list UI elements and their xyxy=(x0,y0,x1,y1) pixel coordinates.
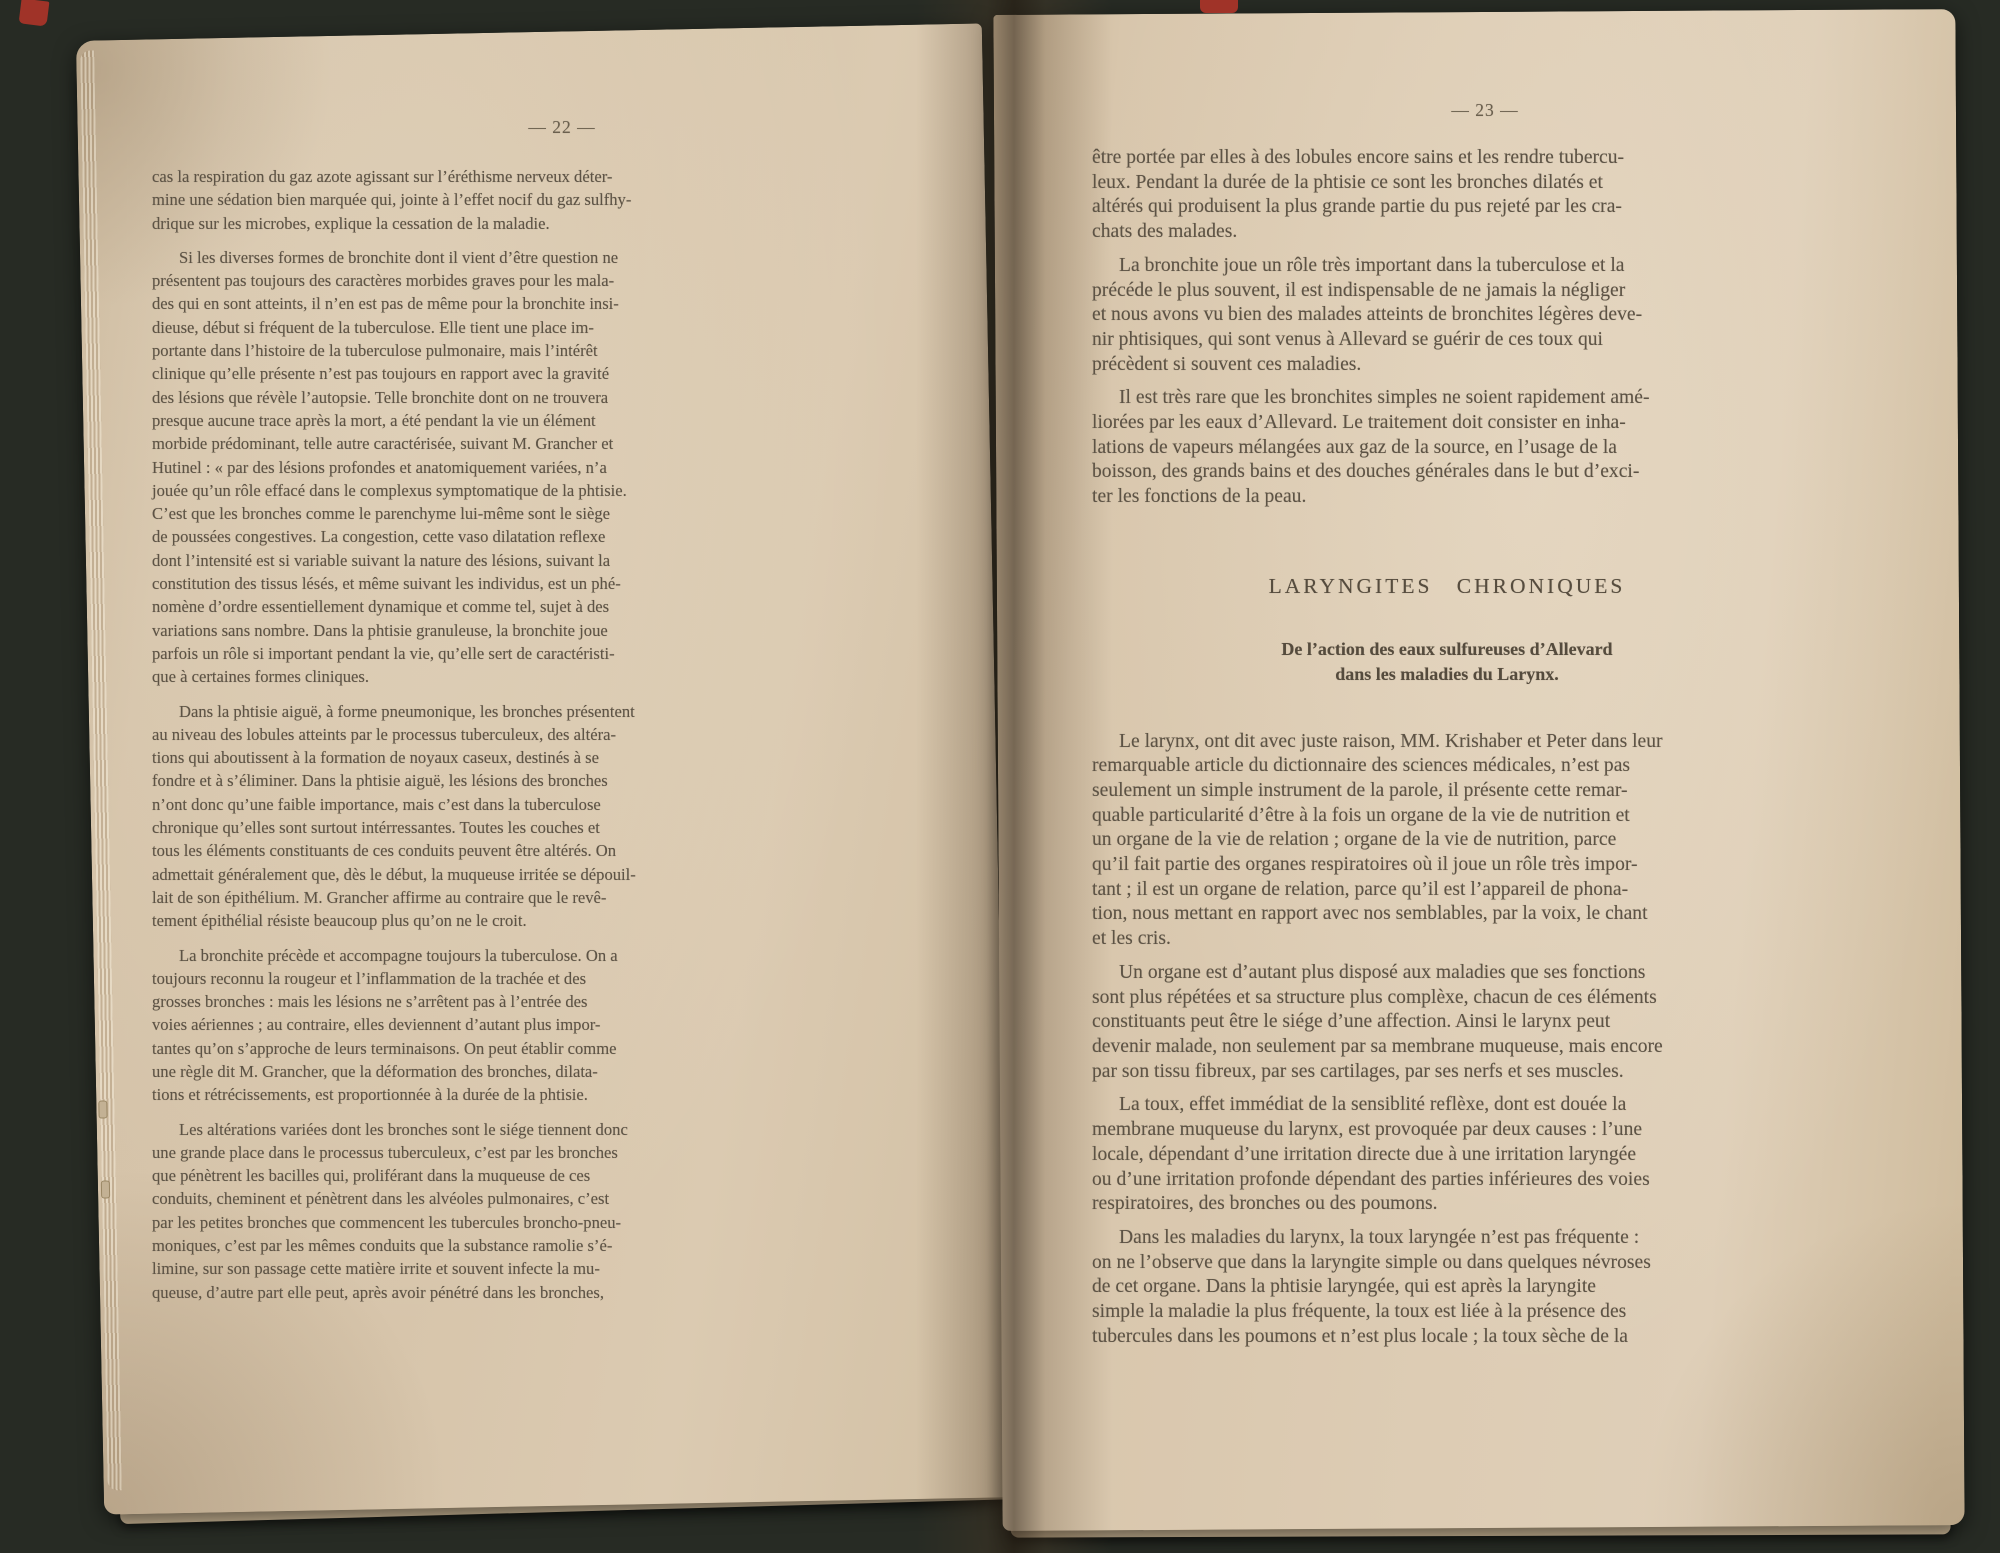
paragraph: Dans la phtisie aiguë, à forme pneumoniq… xyxy=(152,700,764,933)
paragraph: Les altérations variées dont les bronche… xyxy=(152,1118,764,1304)
left-page-text-column: cas la respiration du gaz azote agissant… xyxy=(152,165,764,1315)
left-page-number: — 22 — xyxy=(492,117,632,138)
paragraph: Le larynx, ont dit avec juste raison, MM… xyxy=(1092,730,1802,952)
section-heading: LARYNGITES CHRONIQUES xyxy=(1092,574,1802,599)
paragraph: La toux, effet immédiat de la sensiblité… xyxy=(1092,1093,1802,1217)
right-page-text-column: être portée par elles à des lobules enco… xyxy=(1092,146,1802,1358)
paragraph-continuation: être portée par elles à des lobules enco… xyxy=(1092,146,1802,245)
binding-stitch xyxy=(98,1100,107,1118)
paragraph: Il est très rare que les bronchites simp… xyxy=(1092,386,1802,510)
paragraph: Dans les maladies du larynx, la toux lar… xyxy=(1092,1226,1802,1350)
red-edge-mark xyxy=(19,0,50,27)
red-edge-mark xyxy=(1200,0,1238,13)
paragraph: Si les diverses formes de bronchite dont… xyxy=(152,246,764,689)
binding-stitch xyxy=(101,1180,110,1198)
book-scan-photo: — 22 — cas la respiration du gaz azote a… xyxy=(0,0,2000,1553)
paragraph: Un organe est d’autant plus disposé aux … xyxy=(1092,961,1802,1085)
paragraph-continuation: cas la respiration du gaz azote agissant… xyxy=(152,165,764,235)
section-subheading: De l’action des eaux sulfureuses d’Allev… xyxy=(1092,637,1802,688)
right-page-number: — 23 — xyxy=(1415,100,1555,121)
left-page-edge-stack xyxy=(80,50,122,1490)
paragraph: La bronchite joue un rôle très important… xyxy=(1092,254,1802,378)
paragraph: La bronchite précède et accompagne toujo… xyxy=(152,944,764,1107)
